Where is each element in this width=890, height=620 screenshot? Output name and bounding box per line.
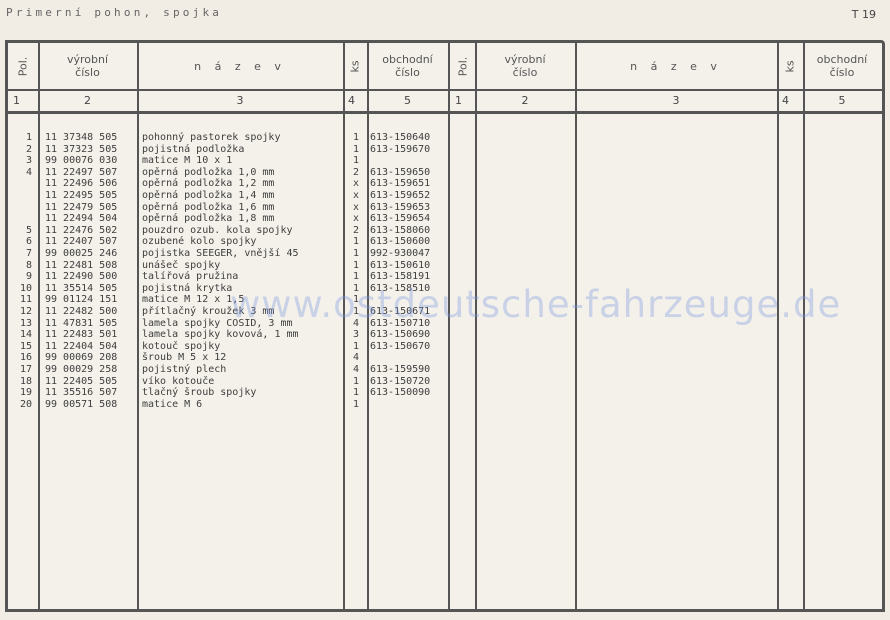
cell-ks: 1 <box>353 294 359 306</box>
cell-nazev: matice M 6 <box>142 399 202 411</box>
cell-vyrobni-cislo: 99 00025 246 <box>45 248 117 260</box>
cell-vyrobni-cislo: 11 22404 504 <box>45 341 117 353</box>
cell-vyrobni-cislo: 11 22494 504 <box>45 213 117 225</box>
cell-vyrobni-cislo: 11 35516 507 <box>45 387 117 399</box>
header-vyrobni-cislo: výrobníčíslo <box>38 43 137 89</box>
cell-obchodni-cislo: 613-150600 <box>370 236 430 248</box>
cell-nazev: přítlačný kroužek 3 mm <box>142 306 274 318</box>
table-row: 11 22494 504opěrná podložka 1,8 mmx613-1… <box>8 213 448 225</box>
cell-ks: 2 <box>353 225 359 237</box>
table-row: 1311 47831 505lamela spojky COSID, 3 mm4… <box>8 318 448 330</box>
table-row: 911 22490 500talířová pružina1613-158191 <box>8 271 448 283</box>
cell-pol: 7 <box>26 248 32 260</box>
cell-pol: 3 <box>26 155 32 167</box>
cell-ks: 1 <box>353 236 359 248</box>
cell-ks: 1 <box>353 155 359 167</box>
cell-vyrobni-cislo: 99 01124 151 <box>45 294 117 306</box>
table-row: 1799 00029 258pojistný plech4613-159590 <box>8 364 448 376</box>
cell-obchodni-cislo: 613-159590 <box>370 364 430 376</box>
table-header: Pol. výrobníčíslo n á z e v ks obchodníč… <box>8 43 448 91</box>
cell-pol: 9 <box>26 271 32 283</box>
cell-ks: 1 <box>353 399 359 411</box>
table-row: 611 22407 507ozubené kolo spojky1613-150… <box>8 236 448 248</box>
cell-vyrobni-cislo: 11 22495 505 <box>45 190 117 202</box>
cell-obchodni-cislo: 613-150671 <box>370 306 430 318</box>
cell-vyrobni-cislo: 11 22483 501 <box>45 329 117 341</box>
cell-nazev: tlačný šroub spojky <box>142 387 256 399</box>
header-nazev: n á z e v <box>137 43 343 89</box>
cell-ks: x <box>353 178 359 190</box>
header-ks: ks <box>777 43 803 89</box>
cell-nazev: pohonný pastorek spojky <box>142 132 280 144</box>
cell-vyrobni-cislo: 99 00076 030 <box>45 155 117 167</box>
cell-ks: 1 <box>353 271 359 283</box>
cell-obchodni-cislo: 613-150710 <box>370 318 430 330</box>
cell-nazev: opěrná podložka 1,6 mm <box>142 202 274 214</box>
column-number: 5 <box>367 89 448 111</box>
column-number: 2 <box>475 89 575 111</box>
cell-ks: x <box>353 190 359 202</box>
cell-pol: 20 <box>20 399 32 411</box>
cell-vyrobni-cislo: 11 22490 500 <box>45 271 117 283</box>
table-row: 11 22495 505opěrná podložka 1,4 mmx613-1… <box>8 190 448 202</box>
column-number: 1 <box>450 89 475 111</box>
cell-ks: 1 <box>353 144 359 156</box>
cell-ks: 1 <box>353 283 359 295</box>
cell-obchodni-cislo: 613-158510 <box>370 283 430 295</box>
parts-table-right: Pol. výrobníčíslo n á z e v ks obchodníč… <box>448 40 885 612</box>
table-row: 511 22476 502pouzdro ozub. kola spojky26… <box>8 225 448 237</box>
cell-vyrobni-cislo: 11 37323 505 <box>45 144 117 156</box>
cell-nazev: pojistný plech <box>142 364 226 376</box>
cell-vyrobni-cislo: 99 00571 508 <box>45 399 117 411</box>
table-row: 1911 35516 507tlačný šroub spojky1613-15… <box>8 387 448 399</box>
cell-pol: 1 <box>26 132 32 144</box>
header-pol: Pol. <box>450 43 475 89</box>
cell-ks: x <box>353 202 359 214</box>
table-row: 399 00076 030matice M 10 x 11 <box>8 155 448 167</box>
column-number: 3 <box>137 89 343 111</box>
column-number: 1 <box>8 89 38 111</box>
cell-ks: 4 <box>353 352 359 364</box>
cell-ks: 1 <box>353 132 359 144</box>
table-row: 799 00025 246pojistka SEEGER, vnější 451… <box>8 248 448 260</box>
parts-table-left: Pol. výrobníčíslo n á z e v ks obchodníč… <box>5 40 451 612</box>
cell-nazev: opěrná podložka 1,4 mm <box>142 190 274 202</box>
column-divider <box>450 43 805 609</box>
column-number: 2 <box>38 89 137 111</box>
cell-vyrobni-cislo: 11 22479 505 <box>45 202 117 214</box>
header-nazev: n á z e v <box>575 43 777 89</box>
cell-vyrobni-cislo: 11 22407 507 <box>45 236 117 248</box>
cell-pol: 4 <box>26 167 32 179</box>
cell-vyrobni-cislo: 11 47831 505 <box>45 318 117 330</box>
table-row: 1511 22404 504kotouč spojky1613-150670 <box>8 341 448 353</box>
cell-obchodni-cislo: 613-150090 <box>370 387 430 399</box>
cell-ks: 1 <box>353 248 359 260</box>
table-row: 811 22481 508unášeč spojky1613-150610 <box>8 260 448 272</box>
cell-pol: 12 <box>20 306 32 318</box>
cell-obchodni-cislo: 613-150670 <box>370 341 430 353</box>
header-obchodni-cislo: obchodníčíslo <box>803 43 881 89</box>
cell-vyrobni-cislo: 11 35514 505 <box>45 283 117 295</box>
cell-obchodni-cislo: 613-159654 <box>370 213 430 225</box>
cell-obchodni-cislo: 613-158191 <box>370 271 430 283</box>
table-row: 1199 01124 151matice M 12 x 1,51 <box>8 294 448 306</box>
cell-nazev: lamela spojky kovová, 1 mm <box>142 329 299 341</box>
cell-nazev: matice M 10 x 1 <box>142 155 232 167</box>
header-obchodni-cislo: obchodníčíslo <box>367 43 448 89</box>
cell-ks: 4 <box>353 318 359 330</box>
column-number-row: 1 2 3 4 5 <box>450 89 882 114</box>
cell-obchodni-cislo: 613-150640 <box>370 132 430 144</box>
cell-pol: 5 <box>26 225 32 237</box>
cell-ks: 1 <box>353 387 359 399</box>
cell-pol: 8 <box>26 260 32 272</box>
cell-vyrobni-cislo: 11 22496 506 <box>45 178 117 190</box>
cell-obchodni-cislo: 613-159650 <box>370 167 430 179</box>
column-number: 5 <box>803 89 881 111</box>
cell-nazev: pouzdro ozub. kola spojky <box>142 225 293 237</box>
cell-obchodni-cislo: 613-158060 <box>370 225 430 237</box>
cell-ks: x <box>353 213 359 225</box>
cell-pol: 14 <box>20 329 32 341</box>
table-header: Pol. výrobníčíslo n á z e v ks obchodníč… <box>450 43 882 91</box>
header-vyrobni-cislo: výrobníčíslo <box>475 43 575 89</box>
cell-pol: 17 <box>20 364 32 376</box>
cell-nazev: pojistná krytka <box>142 283 232 295</box>
header-ks: ks <box>343 43 367 89</box>
cell-obchodni-cislo: 613-150610 <box>370 260 430 272</box>
column-number-row: 1 2 3 4 5 <box>8 89 448 114</box>
header-pol: Pol. <box>8 43 38 89</box>
cell-vyrobni-cislo: 99 00069 208 <box>45 352 117 364</box>
cell-pol: 10 <box>20 283 32 295</box>
cell-ks: 3 <box>353 329 359 341</box>
cell-vyrobni-cislo: 11 22476 502 <box>45 225 117 237</box>
cell-pol: 16 <box>20 352 32 364</box>
cell-vyrobni-cislo: 11 22481 508 <box>45 260 117 272</box>
table-row: 211 37323 505pojistná podložka1613-15967… <box>8 144 448 156</box>
table-row: 411 22497 507opěrná podložka 1,0 mm2613-… <box>8 167 448 179</box>
cell-pol: 6 <box>26 236 32 248</box>
table-row: 1211 22482 500přítlačný kroužek 3 mm1613… <box>8 306 448 318</box>
cell-pol: 2 <box>26 144 32 156</box>
cell-nazev: lamela spojky COSID, 3 mm <box>142 318 293 330</box>
table-row: 1011 35514 505pojistná krytka1613-158510 <box>8 283 448 295</box>
cell-vyrobni-cislo: 11 22497 507 <box>45 167 117 179</box>
cell-nazev: pojistka SEEGER, vnější 45 <box>142 248 299 260</box>
table-row: 1699 00069 208šroub M 5 x 124 <box>8 352 448 364</box>
table-row: 2099 00571 508matice M 61 <box>8 399 448 411</box>
cell-nazev: víko kotouče <box>142 376 214 388</box>
cell-nazev: talířová pružina <box>142 271 238 283</box>
cell-ks: 1 <box>353 306 359 318</box>
page-title: Primerní pohon, spojka <box>6 6 222 19</box>
cell-nazev: pojistná podložka <box>142 144 244 156</box>
table-row: 1411 22483 501lamela spojky kovová, 1 mm… <box>8 329 448 341</box>
cell-obchodni-cislo: 613-159652 <box>370 190 430 202</box>
table-row: 11 22496 506opěrná podložka 1,2 mmx613-1… <box>8 178 448 190</box>
cell-pol: 15 <box>20 341 32 353</box>
cell-ks: 1 <box>353 260 359 272</box>
page-number: T 19 <box>852 8 876 21</box>
cell-pol: 11 <box>20 294 32 306</box>
cell-nazev: ozubené kolo spojky <box>142 236 256 248</box>
cell-vyrobni-cislo: 11 37348 505 <box>45 132 117 144</box>
cell-obchodni-cislo: 613-159653 <box>370 202 430 214</box>
cell-vyrobni-cislo: 99 00029 258 <box>45 364 117 376</box>
cell-vyrobni-cislo: 11 22482 500 <box>45 306 117 318</box>
cell-nazev: kotouč spojky <box>142 341 220 353</box>
cell-vyrobni-cislo: 11 22405 505 <box>45 376 117 388</box>
cell-nazev: opěrná podložka 1,8 mm <box>142 213 274 225</box>
cell-obchodni-cislo: 613-150720 <box>370 376 430 388</box>
cell-obchodni-cislo: 992-930047 <box>370 248 430 260</box>
cell-pol: 13 <box>20 318 32 330</box>
cell-pol: 19 <box>20 387 32 399</box>
cell-ks: 2 <box>353 167 359 179</box>
cell-ks: 1 <box>353 376 359 388</box>
table-row: 1811 22405 505víko kotouče1613-150720 <box>8 376 448 388</box>
cell-obchodni-cislo: 613-159670 <box>370 144 430 156</box>
cell-nazev: šroub M 5 x 12 <box>142 352 226 364</box>
cell-nazev: opěrná podložka 1,2 mm <box>142 178 274 190</box>
table-row: 11 22479 505opěrná podložka 1,6 mmx613-1… <box>8 202 448 214</box>
column-number: 4 <box>777 89 803 111</box>
cell-ks: 1 <box>353 341 359 353</box>
cell-ks: 4 <box>353 364 359 376</box>
cell-nazev: matice M 12 x 1,5 <box>142 294 244 306</box>
cell-nazev: opěrná podložka 1,0 mm <box>142 167 274 179</box>
cell-pol: 18 <box>20 376 32 388</box>
column-number: 3 <box>575 89 777 111</box>
cell-nazev: unášeč spojky <box>142 260 220 272</box>
table-row: 111 37348 505pohonný pastorek spojky1613… <box>8 132 448 144</box>
column-number: 4 <box>343 89 367 111</box>
cell-obchodni-cislo: 613-150690 <box>370 329 430 341</box>
cell-obchodni-cislo: 613-159651 <box>370 178 430 190</box>
